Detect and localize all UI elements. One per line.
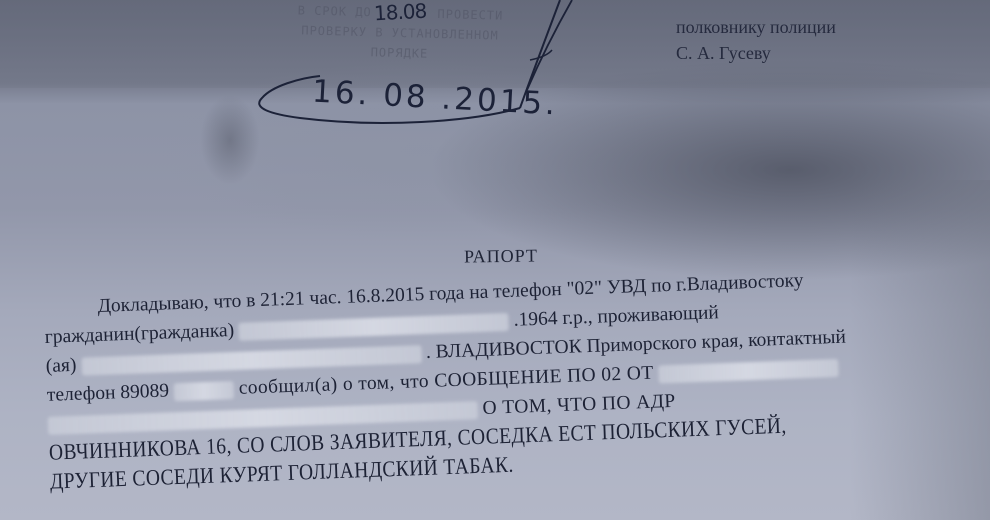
redacted-sender [658, 358, 839, 383]
redacted-phone [174, 381, 235, 401]
addressee: полковнику полиции С. А. Гусеву [676, 14, 836, 66]
addressee-name: С. А. Гусеву [676, 40, 836, 66]
body-text: гражданин(гражданка) [44, 320, 234, 348]
body-text: телефон 89089 [47, 380, 170, 405]
addressee-rank: полковнику полиции [676, 14, 836, 40]
report-body: Докладываю, что в 21:21 час. 16.8.2015 г… [42, 228, 990, 497]
document-photo: В СРОК ДО ПРОВЕСТИ ПРОВЕРКУ В УСТАНОВЛЕН… [0, 0, 990, 520]
body-text: .1964 г.р., проживающий [513, 302, 719, 331]
body-text: (ая) [45, 355, 76, 377]
